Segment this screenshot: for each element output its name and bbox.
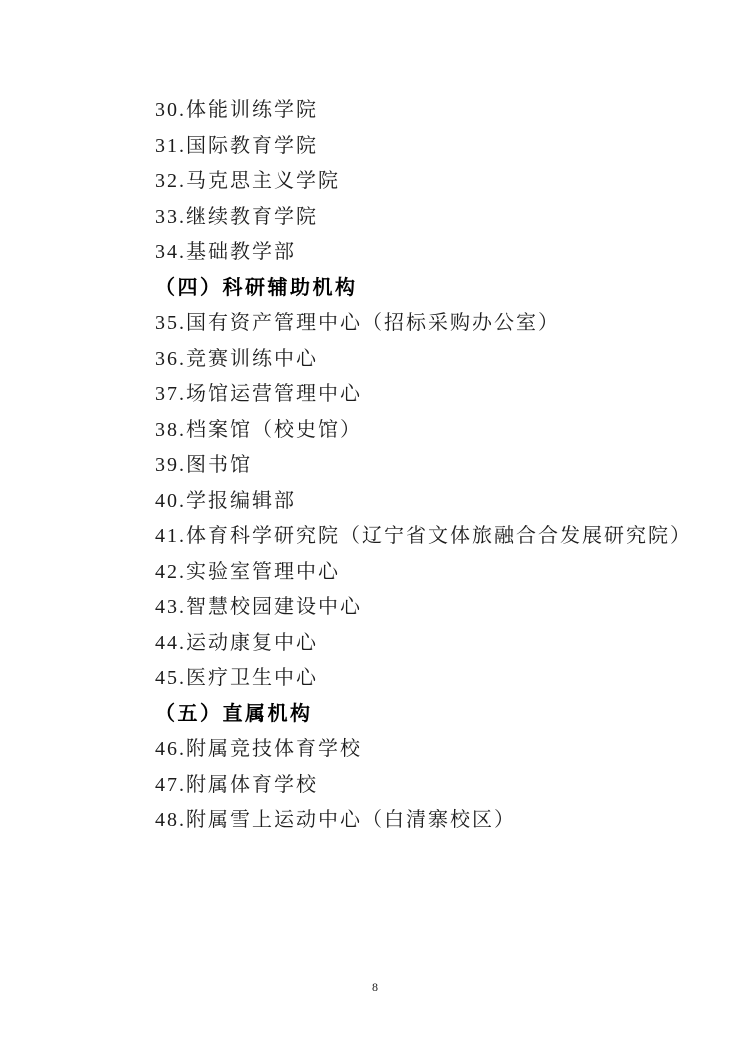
list-item: 44.运动康复中心 [155,626,690,662]
list-item: 41.体育科学研究院（辽宁省文体旅融合合发展研究院） [155,519,690,555]
list-item: 39.图书馆 [155,448,690,484]
list-item: 46.附属竞技体育学校 [155,732,690,768]
list-item: 32.马克思主义学院 [155,164,690,200]
list-item: 37.场馆运营管理中心 [155,377,690,413]
list-item: 47.附属体育学校 [155,768,690,804]
document-page: 30.体能训练学院 31.国际教育学院 32.马克思主义学院 33.继续教育学院… [0,0,750,1061]
list-item: 45.医疗卫生中心 [155,661,690,697]
list-item: 48.附属雪上运动中心（白清寨校区） [155,803,690,839]
list-item: 33.继续教育学院 [155,200,690,236]
document-body: 30.体能训练学院 31.国际教育学院 32.马克思主义学院 33.继续教育学院… [155,93,690,839]
list-item: 35.国有资产管理中心（招标采购办公室） [155,306,690,342]
list-item: 42.实验室管理中心 [155,555,690,591]
list-item: 36.竞赛训练中心 [155,342,690,378]
list-item: 34.基础教学部 [155,235,690,271]
section-heading: （五）直属机构 [155,697,690,733]
list-item: 40.学报编辑部 [155,484,690,520]
list-item: 30.体能训练学院 [155,93,690,129]
page-footer: 8 [0,978,750,996]
list-item: 31.国际教育学院 [155,129,690,165]
list-item: 38.档案馆（校史馆） [155,413,690,449]
section-heading: （四）科研辅助机构 [155,271,690,307]
page-number: 8 [372,980,378,994]
list-item: 43.智慧校园建设中心 [155,590,690,626]
